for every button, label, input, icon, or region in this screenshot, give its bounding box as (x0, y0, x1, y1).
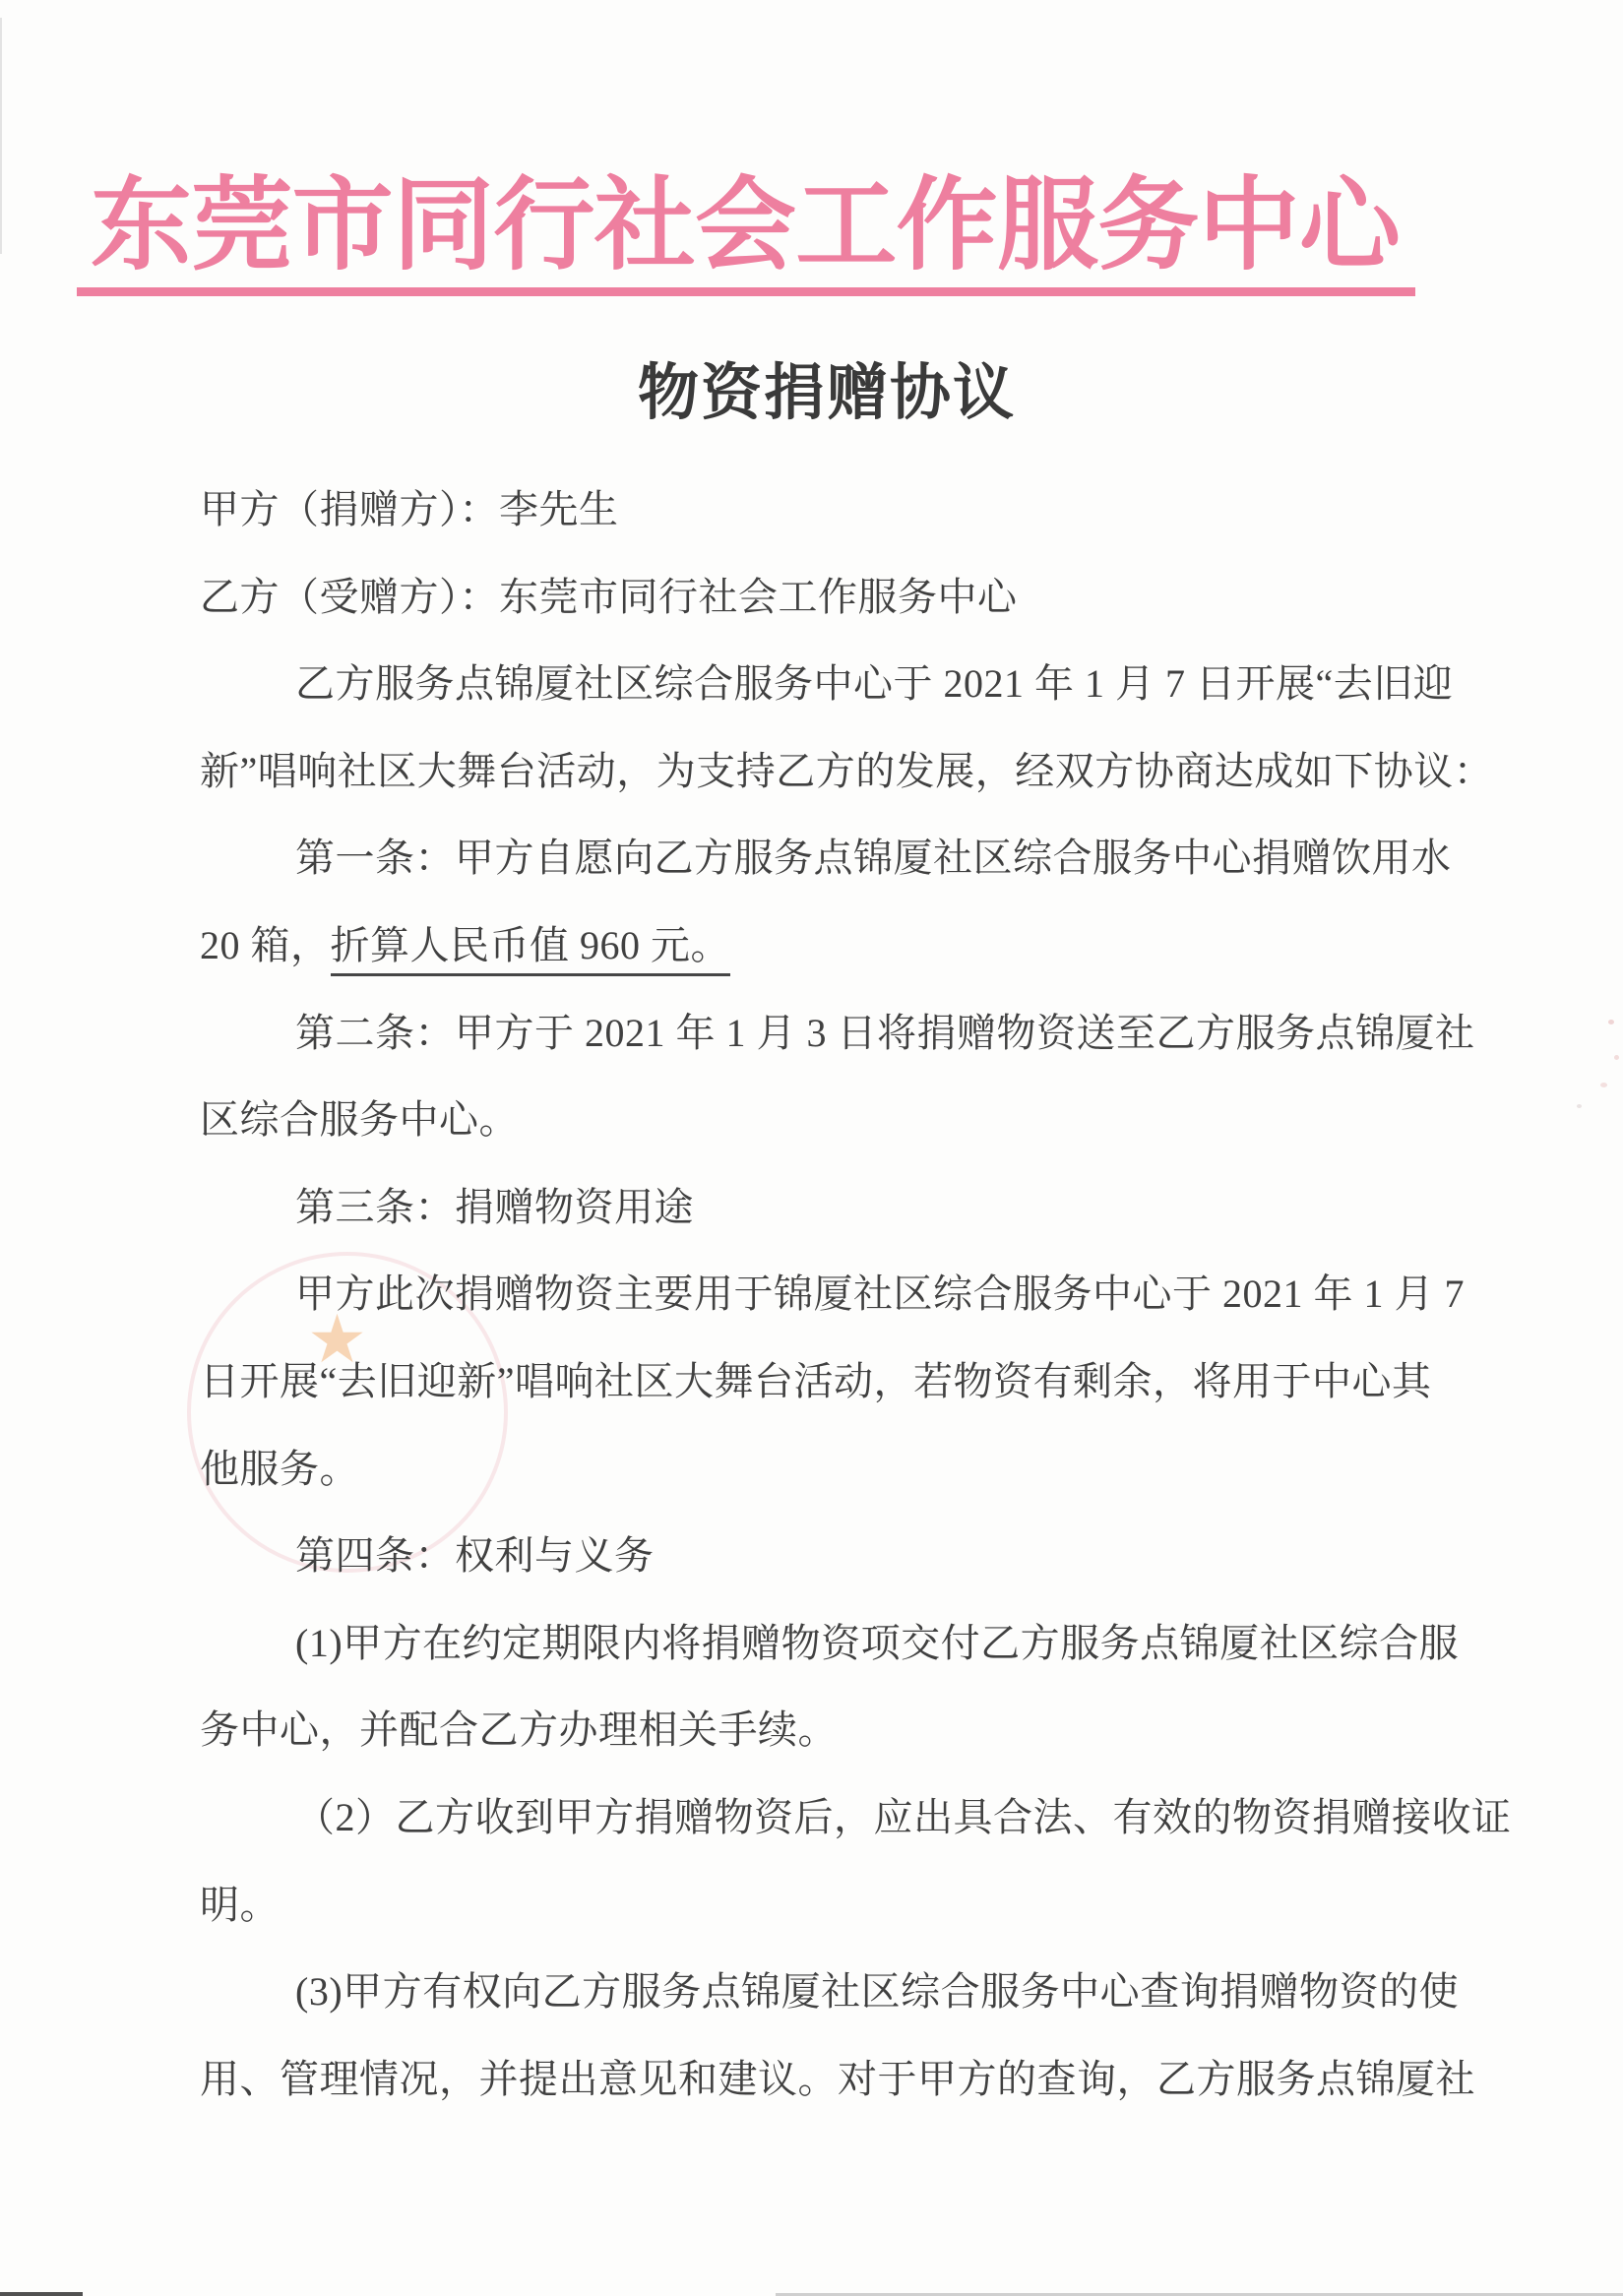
text-segment: （2）乙方收到甲方捐赠物资后，应出具合法、有效的物资捐赠接收证 (295, 1795, 1512, 1839)
body-line: 第三条：捐赠物资用途 (200, 1184, 1430, 1272)
body-line: 新”唱响社区大舞台活动，为支持乙方的发展，经双方协商达成如下协议： (200, 748, 1430, 836)
text-segment: 务中心，并配合乙方办理相关手续。 (200, 1707, 838, 1752)
scan-speck (1600, 1083, 1607, 1087)
body-line: 他服务。 (200, 1446, 1430, 1533)
document-title: 物资捐赠协议 (0, 343, 1623, 431)
text-segment: 甲方（捐赠方）：李先生 (200, 487, 619, 531)
body-line: 20 箱，折算人民币值 960 元。 (200, 922, 1430, 1010)
body-line: 用、管理情况，并提出意见和建议。对于甲方的查询，乙方服务点锦厦社 (200, 2056, 1430, 2143)
text-segment: 区综合服务中心。 (200, 1097, 519, 1142)
scan-speck (1608, 1020, 1614, 1024)
body-line: 甲方（捐赠方）：李先生 (200, 486, 1430, 574)
text-segment: 甲方此次捐赠物资主要用于锦厦社区综合服务中心于 2021 年 1 月 7 (295, 1272, 1465, 1316)
text-segment: 第四条：权利与义务 (295, 1533, 655, 1578)
underlined-text: 折算人民币值 960 元。 (331, 923, 731, 976)
text-segment: 第二条：甲方于 2021 年 1 月 3 日将捐赠物资送至乙方服务点锦厦社 (295, 1011, 1475, 1055)
scan-speck (1614, 1055, 1619, 1060)
text-segment: 他服务。 (200, 1447, 359, 1491)
body-line: 甲方此次捐赠物资主要用于锦厦社区综合服务中心于 2021 年 1 月 7 (200, 1271, 1430, 1358)
text-segment: 乙方（受赠方）：东莞市同行社会工作服务中心 (200, 575, 1018, 619)
body-line: 第一条：甲方自愿向乙方服务点锦厦社区综合服务中心捐赠饮用水 (200, 835, 1430, 922)
text-segment: (3)甲方有权向乙方服务点锦厦社区综合服务中心查询捐赠物资的使 (295, 1969, 1459, 2014)
scanned-document-page: 东莞市同行社会工作服务中心 物资捐赠协议 ★ 甲方（捐赠方）：李先生乙方（受赠方… (0, 0, 1623, 2296)
body-line: (1)甲方在约定期限内将捐赠物资项交付乙方服务点锦厦社区综合服 (200, 1620, 1430, 1707)
body-line: 务中心，并配合乙方办理相关手续。 (200, 1706, 1430, 1794)
scan-edge-artifact (0, 18, 2, 254)
text-segment: 第一条：甲方自愿向乙方服务点锦厦社区综合服务中心捐赠饮用水 (295, 836, 1452, 880)
body-line: 日开展“去旧迎新”唱响社区大舞台活动，若物资有剩余，将用于中心其 (200, 1358, 1430, 1446)
text-segment: 用、管理情况，并提出意见和建议。对于甲方的查询，乙方服务点锦厦社 (200, 2057, 1475, 2101)
org-name: 东莞市同行社会工作服务中心 (91, 144, 1400, 289)
header-divider (77, 287, 1415, 296)
text-segment: 新”唱响社区大舞台活动，为支持乙方的发展，经双方协商达成如下协议： (200, 749, 1493, 793)
body-line: 乙方（受赠方）：东莞市同行社会工作服务中心 (200, 574, 1430, 661)
body-line: （2）乙方收到甲方捐赠物资后，应出具合法、有效的物资捐赠接收证 (200, 1794, 1430, 1882)
scan-speck (1577, 1104, 1582, 1108)
body-line: 乙方服务点锦厦社区综合服务中心于 2021 年 1 月 7 日开展“去旧迎 (200, 660, 1430, 748)
text-segment: 20 箱， (200, 923, 331, 967)
body-line: 第四条：权利与义务 (200, 1532, 1430, 1620)
body-line: 区综合服务中心。 (200, 1096, 1430, 1184)
text-segment: (1)甲方在约定期限内将捐赠物资项交付乙方服务点锦厦社区综合服 (295, 1621, 1459, 1665)
text-segment: 第三条：捐赠物资用途 (295, 1185, 694, 1229)
text-segment: 乙方服务点锦厦社区综合服务中心于 2021 年 1 月 7 日开展“去旧迎 (295, 661, 1453, 706)
body-line: 第二条：甲方于 2021 年 1 月 3 日将捐赠物资送至乙方服务点锦厦社 (200, 1010, 1430, 1097)
body-line: 明。 (200, 1882, 1430, 1969)
scan-edge-artifact (0, 2292, 83, 2296)
body-line: (3)甲方有权向乙方服务点锦厦社区综合服务中心查询捐赠物资的使 (200, 1968, 1430, 2056)
text-segment: 日开展“去旧迎新”唱响社区大舞台活动，若物资有剩余，将用于中心其 (200, 1359, 1432, 1403)
text-segment: 明。 (200, 1883, 280, 1927)
body-lines: 甲方（捐赠方）：李先生乙方（受赠方）：东莞市同行社会工作服务中心乙方服务点锦厦社… (200, 486, 1430, 2142)
